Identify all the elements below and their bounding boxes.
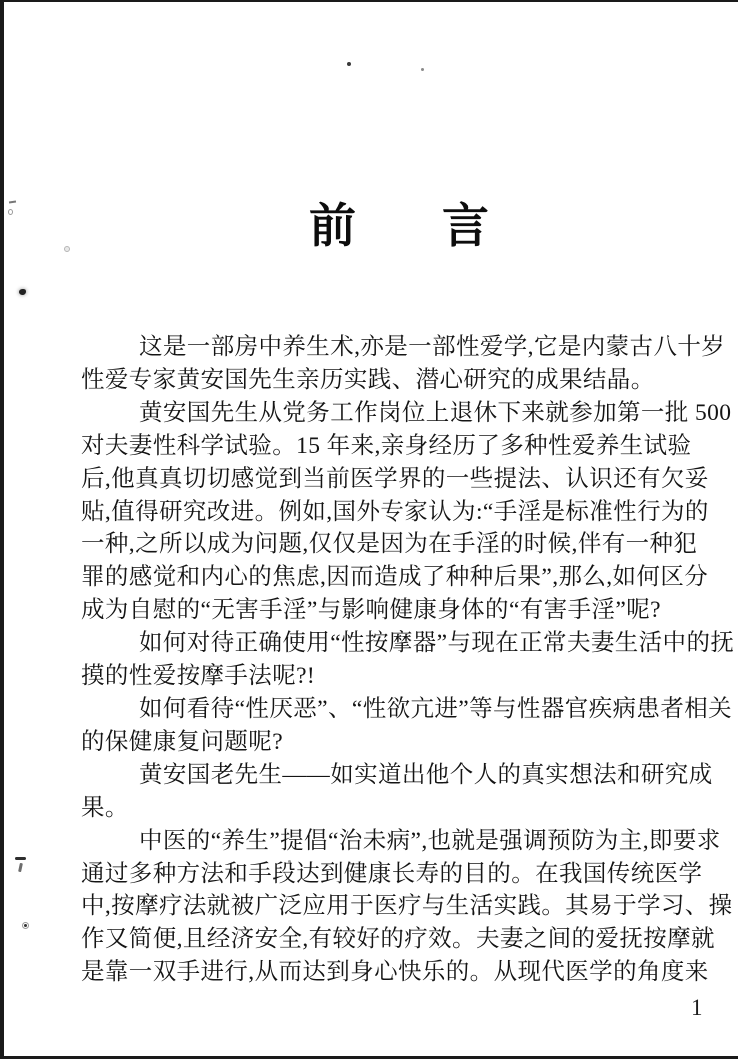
ink-speck <box>9 201 16 204</box>
preface-line: 罪的感觉和内心的焦虑,因而造成了种种后果”,那么,如何区分 <box>81 561 726 594</box>
ink-speck <box>19 289 26 295</box>
book-page: 前 言 这是一部房中养生术,亦是一部性爱学,它是内蒙古八十岁性爱专家黄安国先生亲… <box>0 0 738 1059</box>
ink-speck <box>18 863 23 872</box>
preface-line: 如何对待正确使用“性按摩器”与现在正常夫妻生活中的抚 <box>81 627 726 660</box>
preface-line: 是靠一双手进行,从而达到身心快乐的。从现代医学的角度来 <box>81 956 726 989</box>
preface-line: 对夫妻性科学试验。15 年来,亲身经历了多种性爱养生试验 <box>81 430 726 463</box>
preface-line: 性爱专家黄安国先生亲历实践、潜心研究的成果结晶。 <box>81 364 726 397</box>
ink-speck <box>347 62 351 66</box>
preface-line: 贴,值得研究改进。例如,国外专家认为:“手淫是标准性行为的 <box>81 496 726 529</box>
page-number: 1 <box>691 995 703 1021</box>
scan-border-top <box>0 0 738 2</box>
ink-speck <box>64 246 70 252</box>
title-char-yan: 言 <box>442 201 489 253</box>
preface-text: 这是一部房中养生术,亦是一部性爱学,它是内蒙古八十岁性爱专家黄安国先生亲历实践、… <box>81 331 726 989</box>
ink-speck <box>8 209 13 215</box>
preface-line: 作又简便,且经济安全,有较好的疗效。夫妻之间的爱抚按摩就 <box>81 923 726 956</box>
ink-speck <box>15 857 26 860</box>
preface-line: 这是一部房中养生术,亦是一部性爱学,它是内蒙古八十岁 <box>81 331 726 364</box>
preface-line: 中,按摩疗法就被广泛应用于医疗与生活实践。其易于学习、操 <box>81 890 726 923</box>
preface-line: 如何看待“性厌恶”、“性欲亢进”等与性器官疾病患者相关 <box>81 693 726 726</box>
preface-line: 黄安国老先生——如实道出他个人的真实想法和研究成 <box>81 759 726 792</box>
preface-line: 通过多种方法和手段达到健康长寿的目的。在我国传统医学 <box>81 858 726 891</box>
preface-line: 黄安国先生从党务工作岗位上退休下来就参加第一批 500 <box>81 397 726 430</box>
preface-line: 后,他真真切切感觉到当前医学界的一些提法、认识还有欠妥 <box>81 463 726 496</box>
preface-line: 果。 <box>81 792 726 825</box>
ink-speck <box>421 68 424 71</box>
preface-line: 成为自慰的“无害手淫”与影响健康身体的“有害手淫”呢? <box>81 594 726 627</box>
title-char-qian: 前 <box>309 201 356 253</box>
scan-border-left <box>0 0 4 1059</box>
page-title: 前 言 <box>309 201 489 253</box>
preface-line: 摸的性爱按摩手法呢?! <box>81 660 726 693</box>
preface-line: 的保健康复问题呢? <box>81 726 726 759</box>
ink-speck <box>22 922 29 929</box>
preface-line: 一种,之所以成为问题,仅仅是因为在手淫的时候,伴有一种犯 <box>81 528 726 561</box>
preface-line: 中医的“养生”提倡“治未病”,也就是强调预防为主,即要求 <box>81 825 726 858</box>
